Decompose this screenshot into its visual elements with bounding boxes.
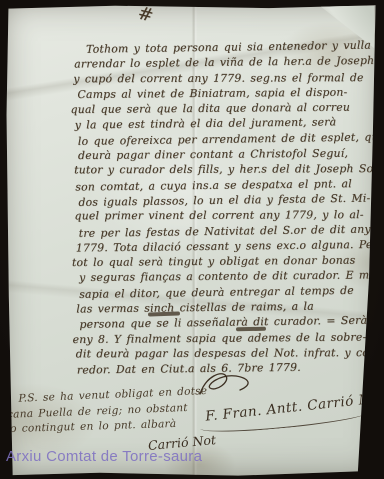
manuscript-paper: # Tothom y tota persona qui sia entenedo… <box>0 0 384 479</box>
document-scan: # Tothom y tota persona qui sia entenedo… <box>0 0 384 479</box>
archive-watermark: Arxiu Comtat de Torre-saura <box>6 448 202 465</box>
ink-strikethrough <box>236 327 266 332</box>
postscript-note: P.S. se ha venut obligat en dotse cana P… <box>9 385 208 439</box>
cross-mark: # <box>136 3 155 27</box>
manuscript-text: Tothom y tota persona qui sia entenedor … <box>77 38 372 377</box>
manuscript-line: tot lo qual serà tingut y obligat en don… <box>72 253 364 271</box>
manuscript-line: y cupó del corrent any 1779. seg.ns el f… <box>73 70 365 87</box>
